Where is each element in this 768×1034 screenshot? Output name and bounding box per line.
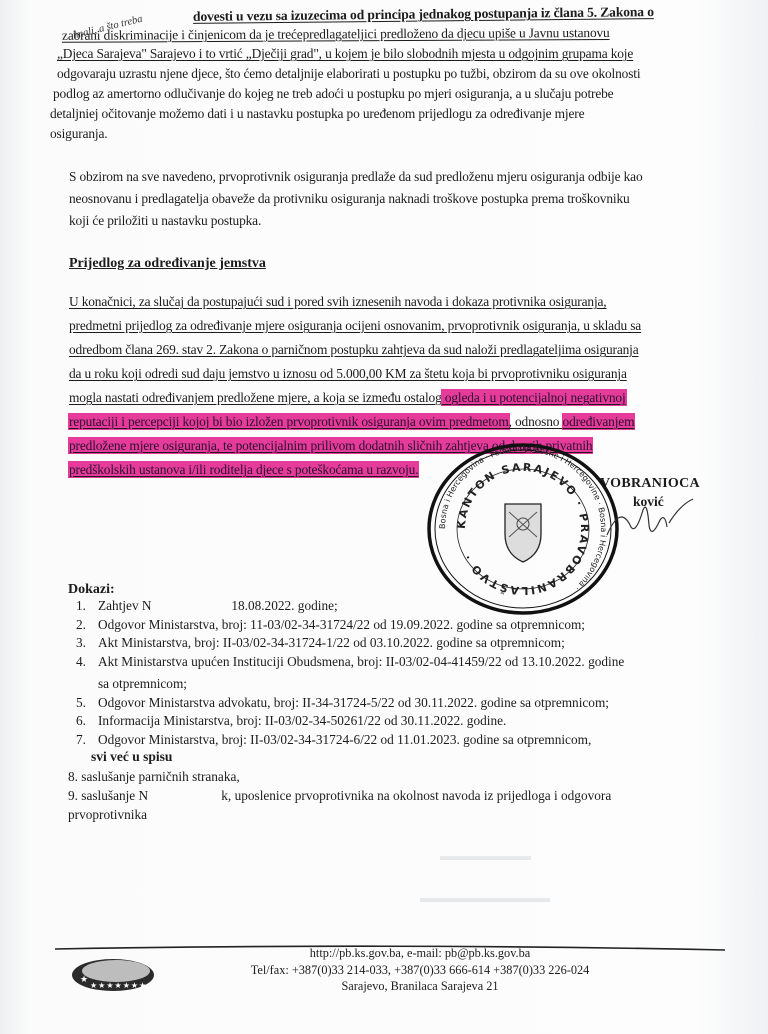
section-heading: Prijedlog za određivanje jemstva (69, 256, 266, 272)
paragraph-3-line-4: da u roku koji odredi sud daju jemstvo u… (69, 364, 627, 385)
bleed-through-text: ▬▬▬▬▬▬▬▬▬▬ (420, 890, 550, 906)
paragraph-2-line-3: koji će priložiti u nastavku postupka. (69, 211, 261, 232)
evidence-extra: 8. saslušanje parničnih stranaka, 9. sas… (68, 767, 611, 824)
footer-web-email: http://pb.ks.gov.ba, e-mail: pb@pb.ks.go… (250, 945, 590, 962)
evidence-item-9-continuation: prvoprotivnika (68, 805, 611, 824)
footer-contact: http://pb.ks.gov.ba, e-mail: pb@pb.ks.go… (250, 945, 590, 995)
highlighted-text: ogleda i u potencijalnoj negativnoj (442, 390, 626, 405)
evidence-item: 6.Informacija Ministarstva, broj: II-03/… (62, 712, 624, 731)
paragraph-1-line-5: podlog az amertorno odlučivanje do kojeg… (53, 84, 753, 105)
handwritten-signature (605, 495, 695, 545)
paragraph-3-line-6: reputaciji i percepciji kojoj bi bio izl… (69, 412, 634, 433)
paragraph-1-line-4: odgovaraju uzrastu njene djece, što ćemo… (57, 64, 752, 85)
footer-phones: Tel/fax: +387(0)33 214-033, +387(0)33 66… (250, 962, 590, 979)
all-in-file-note: svi već u spisu (91, 749, 172, 765)
paragraph-3-line-3: odredbom člana 269. stav 2. Zakona o par… (69, 340, 639, 361)
paragraph-2-line-2: neosnovanu i predlagatelja obaveže da pr… (69, 189, 630, 210)
plain-text: mogla nastati određivanjem predložene mj… (69, 390, 442, 405)
paragraph-3-line-2: predmetni prijedlog za određivanje mjere… (69, 316, 641, 337)
bleed-through-text: ▬▬▬▬▬▬▬ (440, 848, 531, 864)
evidence-item: 4.Akt Ministarstva upućen Instituciji Ob… (62, 653, 624, 672)
paragraph-1-line-3: „Djeca Sarajeva" Sarajevo i to vrtić „Dj… (57, 44, 752, 65)
svg-text:★★★★★★★: ★★★★★★★ (90, 981, 147, 990)
highlighted-text: predškolskih ustanova i/ili roditelja dj… (69, 462, 418, 477)
evidence-item: 1.Zahtjev N 18.08.2022. godine; (62, 597, 624, 616)
evidence-item: 2.Odgovor Ministarstva, broj: 11-03/02-3… (62, 616, 624, 635)
evidence-item: 7.Odgovor Ministarstva, broj: II-03/02-3… (62, 731, 624, 750)
plain-text: , odnosno (509, 414, 563, 429)
paragraph-3-line-1: U konačnici, za slučaj da postupajući su… (69, 292, 607, 313)
highlighted-text: određivanjem (563, 414, 635, 429)
svg-text:★: ★ (80, 974, 88, 984)
paragraph-2-line-1: S obzirom na sve navedeno, prvoprotivnik… (69, 167, 643, 188)
evidence-title: Dokazi: (68, 582, 115, 598)
paragraph-1-line-6: detaljniej očitovanje možemo dati i u na… (50, 104, 753, 125)
evidence-item-continuation: sa otpremnicom; (62, 675, 624, 694)
document-page: imali, a što treba dovesti u vezu sa izu… (0, 0, 768, 1034)
paragraph-3-line-5: mogla nastati određivanjem predložene mj… (69, 388, 626, 409)
highlighted-text: reputaciji i percepciji kojoj bi bio izl… (69, 414, 509, 429)
evidence-item-9: 9. saslušanje N k, uposlenice prvoprotiv… (68, 786, 611, 805)
paragraph-1-line-7: osiguranja. (50, 124, 107, 145)
evidence-item: 3.Akt Ministarstva, broj: II-03/02-34-31… (62, 634, 624, 653)
footer-address: Sarajevo, Branilaca Sarajeva 21 (250, 978, 590, 995)
footer-logo: ★ ★★★★★★★ (70, 955, 156, 995)
paragraph-3-line-8: predškolskih ustanova i/ili roditelja dj… (69, 460, 418, 481)
paragraph-1-line-2: zabrani diskriminacije i činjenicom da j… (62, 22, 752, 46)
evidence-list: 1.Zahtjev N 18.08.2022. godine; 2.Odgovo… (62, 597, 624, 749)
evidence-item: 5.Odgovor Ministarstva advokatu, broj: I… (62, 694, 624, 713)
official-stamp: Bosna i Hercegovina · Federacija Bosne i… (425, 442, 621, 616)
evidence-item-8: 8. saslušanje parničnih stranaka, (68, 767, 611, 786)
